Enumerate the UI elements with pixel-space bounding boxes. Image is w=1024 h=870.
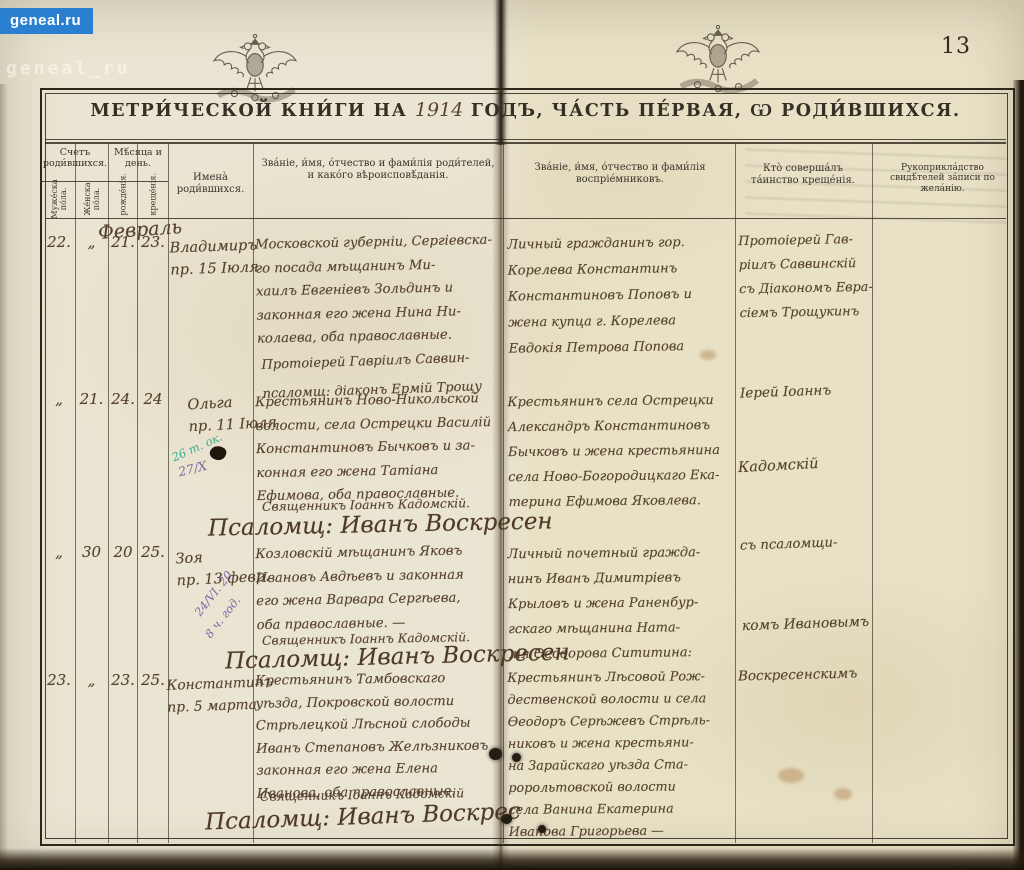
metric-book-scan: geneal.ru geneal_ru 13 <box>0 0 1024 870</box>
header-names: Имена̀ роди́вшихся. <box>170 172 251 195</box>
header-sub-born: рожде́нія. <box>119 176 128 216</box>
rust-stain <box>700 350 716 360</box>
cell-performed-by: Протоіерей Гав-ріилъ Саввинскійсъ Діакон… <box>738 228 872 326</box>
cell-baptism-day: 25. <box>139 543 167 561</box>
cell-performed-by: Воскресенскимъ <box>738 665 858 684</box>
cell-female-count: 21. <box>77 390 106 408</box>
header-godparents: Зва́ніе, и́мя, о́тчество и фами́лія восп… <box>514 162 726 185</box>
geneal-watermark-badge: geneal.ru <box>0 8 93 34</box>
title-year-handwritten: 1914 <box>415 99 463 121</box>
cell-male-count: „ <box>44 543 74 561</box>
cell-godparents: Крестьянинъ села ОстрецкиАлександръ Конс… <box>507 388 734 515</box>
cell-parents: Крестьянинъ Ново-Никольскойволости, села… <box>255 387 507 509</box>
cell-baptism-day: 23. <box>139 233 167 251</box>
header-sub-baptized: креще́нія. <box>149 176 158 216</box>
cell-male-count: 23. <box>44 671 74 689</box>
column-divider <box>872 143 873 843</box>
punch-hole <box>489 748 502 760</box>
punch-hole <box>501 814 512 824</box>
cell-performed-by: Іерей Іоаннъ <box>740 382 832 401</box>
title-suffix: ГОДЪ, ЧА́СТЬ ПЕ́РВАЯ, Ѡ РОДИ́ВШИХСЯ. <box>471 101 961 121</box>
cell-godparents: Личный гражданинъ гор.Корелева Константи… <box>507 229 735 362</box>
ink-bleed-through <box>745 140 1007 228</box>
cell-birth-day: 20 <box>110 543 136 561</box>
cell-baptism-day: 25. <box>139 671 167 689</box>
cell-parents: Московской губерніи, Сергіевска-го посад… <box>255 228 507 351</box>
cell-parents: Козловскій мѣщанинъ ЯковъИвановъ Авдѣевъ… <box>255 539 507 637</box>
header-parents: Зва́ніе, и́мя, о́тчество и фами́лія роди… <box>260 158 496 181</box>
column-divider <box>137 143 138 843</box>
header-count-group: Счетъ роди́вшихся. <box>42 148 108 170</box>
column-divider <box>75 143 76 843</box>
cell-child-name: Владимиръпр. 15 Іюля <box>169 234 259 281</box>
cell-birth-day: 23. <box>110 671 136 689</box>
header-sub-female: Же́нска по́ла. <box>83 177 101 221</box>
header-month-group: Мѣ́сяца и день. <box>108 148 168 170</box>
cell-birth-day: 24. <box>110 390 136 408</box>
header-sub-male: Муже́ска по́ла. <box>50 177 68 221</box>
photo-edge-left <box>0 84 8 864</box>
title-prefix: МЕТРИ́ЧЕСКОЙ КНИ́ГИ НА <box>90 101 407 121</box>
cell-godparents: Крестьянинъ Лѣсовой Рож-дественской воло… <box>507 666 735 844</box>
cell-birth-day: 21. <box>110 233 136 251</box>
column-divider <box>735 143 736 843</box>
cell-male-count: 22. <box>44 233 74 251</box>
cell-male-count: „ <box>44 390 74 408</box>
page-number: 13 <box>941 34 971 59</box>
photo-edge-bottom <box>0 848 1024 870</box>
cell-baptism-day: 24 <box>139 390 167 408</box>
cell-female-count: „ <box>77 671 106 689</box>
cell-female-count: „ <box>77 233 106 251</box>
cell-female-count: 30 <box>77 543 106 561</box>
column-divider <box>108 143 109 843</box>
rust-stain <box>834 788 852 800</box>
page-title: МЕТРИ́ЧЕСКОЙ КНИ́ГИ НА 1914 ГОДЪ, ЧА́СТЬ… <box>44 99 1007 121</box>
punch-hole <box>512 753 521 762</box>
punch-hole <box>538 825 546 833</box>
rust-stain <box>778 768 804 783</box>
geneal-ghost-watermark: geneal_ru <box>6 58 131 79</box>
cell-parents: Крестьянинъ Тамбовскагоуѣзда, Покровской… <box>255 667 507 805</box>
